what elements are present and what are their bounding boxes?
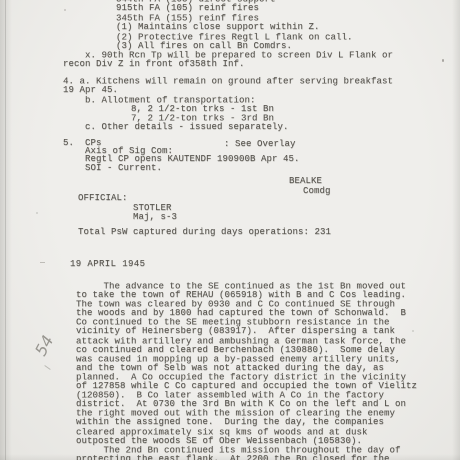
typed-line: attack with artillery and ambushing a Ge… bbox=[0, 337, 460, 346]
artillery-support-list: 344th FA (105) direct support915th FA (1… bbox=[0, 0, 460, 51]
commander-title: Comdg bbox=[303, 186, 331, 196]
typed-line: The 2nd Bn continued its mission through… bbox=[0, 446, 460, 455]
narrative-paragraphs: The advance to the SE continued as the 1… bbox=[0, 282, 460, 460]
scan-speck bbox=[64, 9, 66, 11]
typed-line: b. Allotment of transportation: bbox=[0, 96, 460, 105]
typed-line: 344th FA (105) direct support bbox=[0, 0, 460, 5]
typed-line: cleared approximately six sq kms of wood… bbox=[0, 428, 460, 437]
date-heading: 19 APRIL 1945 bbox=[70, 259, 145, 269]
typed-line: (120850). B Co later assembled with A Co… bbox=[0, 391, 460, 400]
typed-line: The town was cleared by 0930 and C Co co… bbox=[0, 300, 460, 309]
commander-name: BEALKE bbox=[289, 176, 322, 186]
typed-line: planned. A Co occupied the factory distr… bbox=[0, 373, 460, 382]
typed-line: 7, 2 1/2-ton trks - 3rd Bn bbox=[0, 114, 460, 123]
typed-line: The advance to the SE continued as the 1… bbox=[0, 282, 460, 291]
scan-speck bbox=[36, 212, 38, 214]
typed-line: Co continued to the SE meeting stubborn … bbox=[0, 319, 460, 328]
scanned-document-page: 344th FA (105) direct support915th FA (1… bbox=[0, 0, 460, 460]
scan-speck bbox=[40, 262, 45, 263]
typed-line: the right moved out with the mission of … bbox=[0, 410, 460, 419]
item-number: 5. bbox=[63, 138, 74, 148]
psw-total-line: Total PsW captured during days operation… bbox=[78, 227, 331, 237]
soi-line: SOI - Current. bbox=[85, 163, 162, 173]
typed-line: c. Other details - issued separately. bbox=[0, 123, 460, 132]
see-overlay-note: : See Overlay bbox=[224, 139, 296, 149]
typed-line: 345th FA (155) reinf fires bbox=[0, 14, 460, 23]
scan-speck bbox=[442, 59, 444, 62]
official-title: Maj, s-3 bbox=[133, 212, 177, 222]
typed-line: 4. a. Kitchens will remain on ground aft… bbox=[0, 77, 460, 86]
official-label: OFFICIAL: bbox=[78, 193, 128, 203]
typed-line: recon Div Z in front of358th Inf. bbox=[0, 60, 460, 69]
typed-line: protecting the east flank. At 2200 the B… bbox=[0, 455, 460, 460]
recon-item: x. 90th Rcn Tp will be prepared to scree… bbox=[0, 51, 460, 70]
typed-line: was caused in mopping up a by-passed ene… bbox=[0, 355, 460, 364]
admin-section: 4. a. Kitchens will remain on ground aft… bbox=[0, 77, 460, 133]
cp-section: 5. CPs : See Overlay Axis of Sig Com: Re… bbox=[0, 138, 460, 178]
scan-speck bbox=[412, 330, 414, 332]
typed-line: x. 90th Rcn Tp will be prepared to scree… bbox=[0, 51, 460, 60]
typed-line: (2) Protective fires Regtl L flank on ca… bbox=[0, 33, 460, 42]
